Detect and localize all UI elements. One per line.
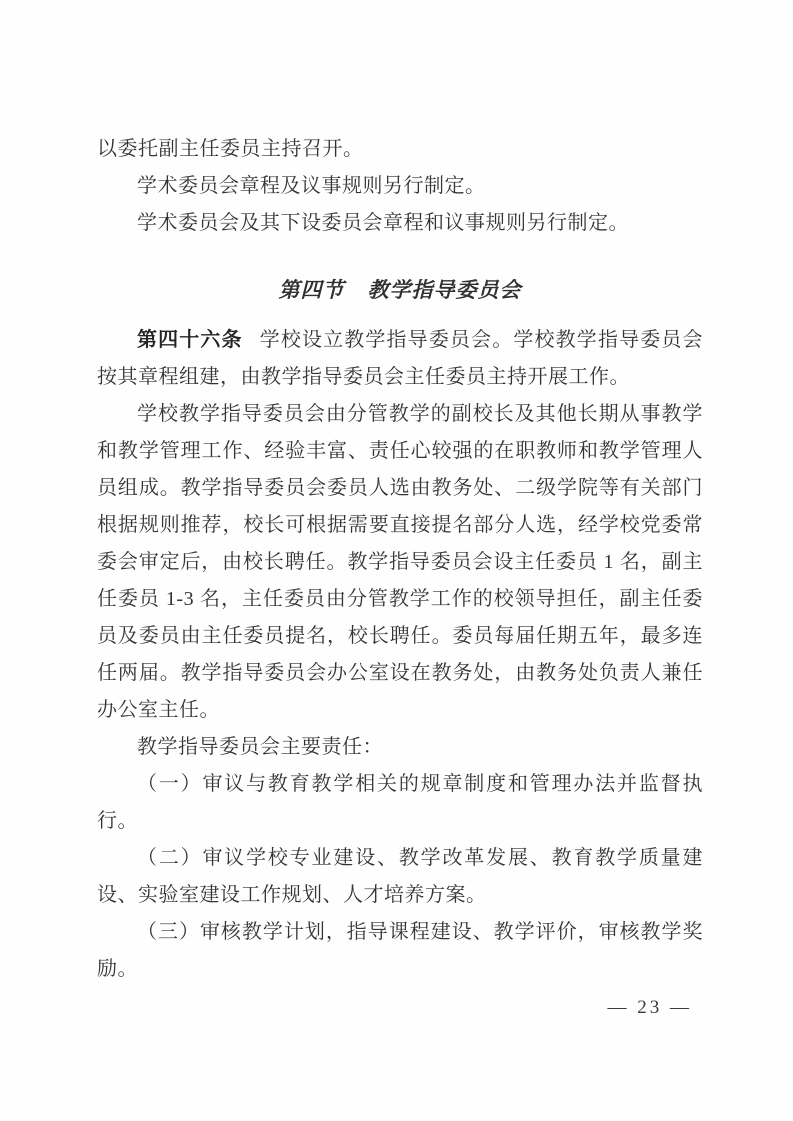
article-number: 第四十六条: [137, 329, 243, 351]
paragraph: 教学指导委员会主要责任：: [97, 729, 703, 766]
document-page: 以委托副主任委员主持召开。 学术委员会章程及议事规则另行制定。 学术委员会及其下…: [0, 0, 793, 1121]
paragraph-list-item: （二）审议学校专业建设、教学改革发展、教育教学质量建设、实验室建设工作规划、人才…: [97, 840, 703, 914]
paragraph-list-item: （三）审核教学计划，指导课程建设、教学评价，审核教学奖励。: [97, 914, 703, 988]
section-heading-label: 第四节: [278, 278, 344, 302]
paragraph: 学术委员会章程及议事规则另行制定。: [97, 168, 703, 205]
paragraph-continuation: 以委托副主任委员主持召开。: [97, 131, 703, 168]
paragraph-list-item: （一）审议与教育教学相关的规章制度和管理办法并监督执行。: [97, 766, 703, 840]
paragraph-article: 第四十六条学校设立教学指导委员会。学校教学指导委员会按其章程组建，由教学指导委员…: [97, 322, 703, 396]
paragraph: 学术委员会及其下设委员会章程和议事规则另行制定。: [97, 205, 703, 242]
paragraph: 学校教学指导委员会由分管教学的副校长及其他长期从事教学和教学管理工作、经验丰富、…: [97, 396, 703, 729]
section-heading: 第四节教学指导委员会: [97, 272, 703, 309]
document-body: 以委托副主任委员主持召开。 学术委员会章程及议事规则另行制定。 学术委员会及其下…: [97, 131, 703, 988]
section-heading-title: 教学指导委员会: [368, 278, 522, 302]
page-number: — 23 —: [608, 996, 693, 1020]
